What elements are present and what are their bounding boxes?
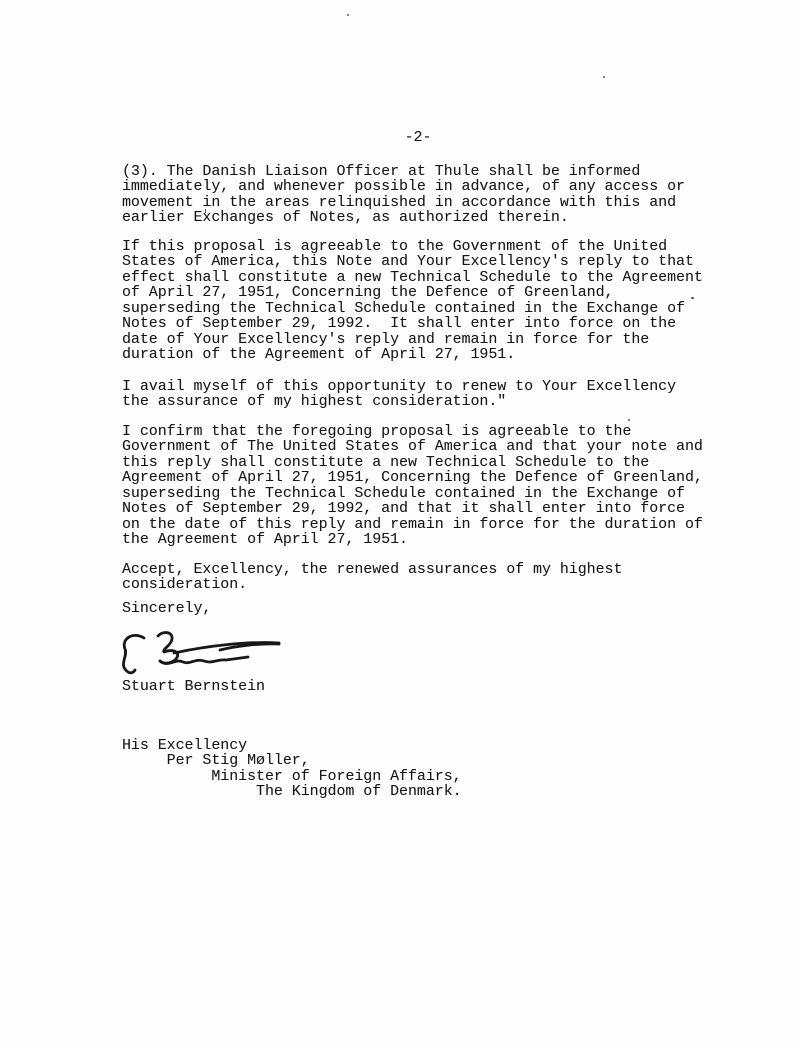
letter-page: -2- (3). The Danish Liaison Officer at T… <box>0 0 797 1050</box>
scan-speck <box>691 297 694 299</box>
handwritten-signature <box>116 630 714 677</box>
page-number: -2- <box>122 131 714 147</box>
scan-speck <box>603 76 605 78</box>
closing-salutation: Sincerely, <box>122 602 714 618</box>
letter-paragraph-5: Accept, Excellency, the renewed assuranc… <box>122 563 714 594</box>
letter-paragraph-2: If this proposal is agreeable to the Gov… <box>122 240 714 364</box>
scan-speck <box>347 14 349 16</box>
signer-name: Stuart Bernstein <box>122 680 714 696</box>
scan-speck <box>205 209 206 213</box>
scan-speck <box>628 419 630 421</box>
recipient-address-block: His Excellency Per Stig Møller, Minister… <box>122 739 714 801</box>
letter-paragraph-4: I confirm that the foregoing proposal is… <box>122 425 714 549</box>
letter-paragraph-1: (3). The Danish Liaison Officer at Thule… <box>122 165 714 227</box>
letter-content: -2- (3). The Danish Liaison Officer at T… <box>122 131 714 801</box>
letter-paragraph-3: I avail myself of this opportunity to re… <box>122 380 714 411</box>
signature-image <box>116 630 294 677</box>
